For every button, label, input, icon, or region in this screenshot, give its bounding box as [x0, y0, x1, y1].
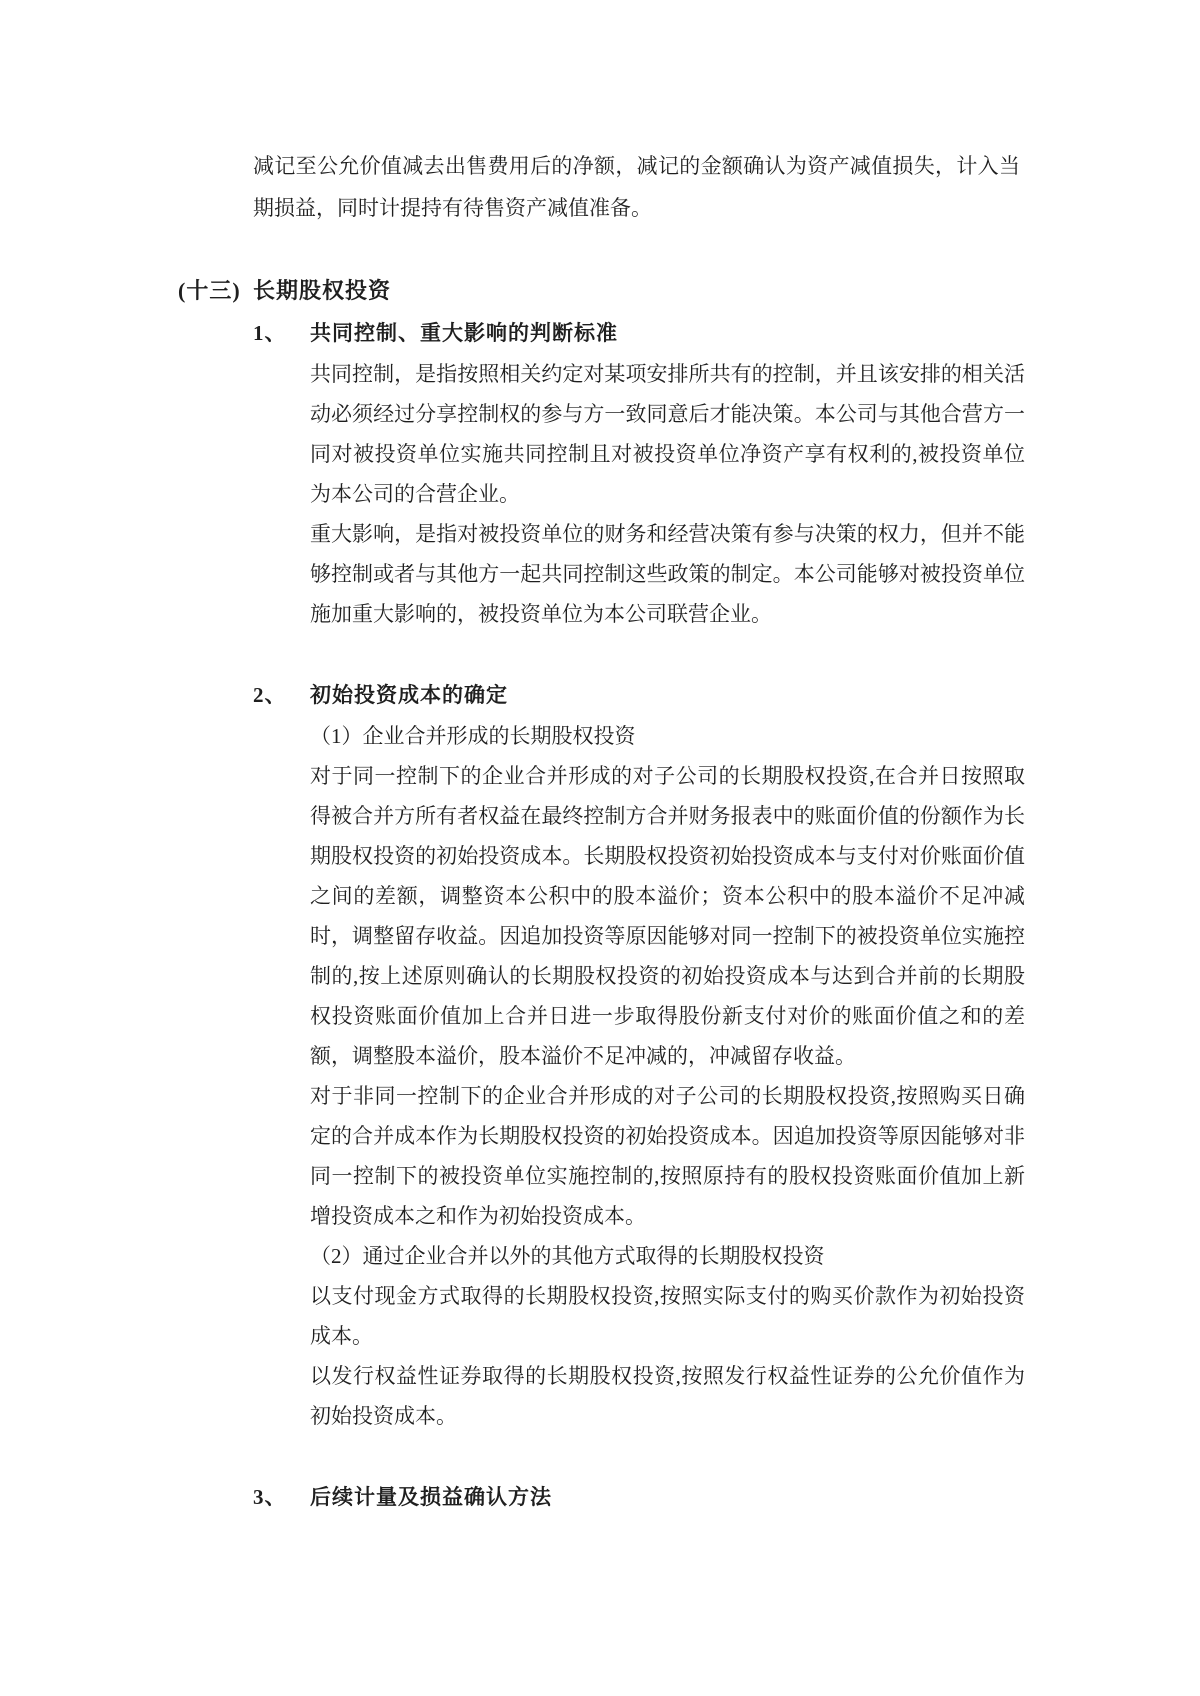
list-item-label: （1）企业合并形成的长期股权投资	[310, 716, 1025, 756]
paragraph: 重大影响，是指对被投资单位的财务和经营决策有参与决策的权力，但并不能够控制或者与…	[310, 514, 1025, 634]
intro-paragraph: 减记至公允价值减去出售费用后的净额，减记的金额确认为资产减值损失，计入当期损益，…	[253, 145, 1020, 229]
subsection-3-heading: 3、 后续计量及损益确认方法	[253, 1476, 1200, 1518]
subsection-2-body: （1）企业合并形成的长期股权投资 对于同一控制下的企业合并形成的对子公司的长期股…	[310, 716, 1025, 1436]
section-heading: (十三) 长期股权投资	[178, 270, 1200, 312]
subsection-2-title: 初始投资成本的确定	[310, 674, 508, 716]
subsection-3-number: 3、	[253, 1476, 310, 1518]
subsection-3-title: 后续计量及损益确认方法	[310, 1476, 552, 1518]
list-item-label: （2）通过企业合并以外的其他方式取得的长期股权投资	[310, 1236, 1025, 1276]
paragraph: 对于非同一控制下的企业合并形成的对子公司的长期股权投资,按照购买日确定的合并成本…	[310, 1076, 1025, 1236]
paragraph: 对于同一控制下的企业合并形成的对子公司的长期股权投资,在合并日按照取得被合并方所…	[310, 756, 1025, 1076]
paragraph: 共同控制，是指按照相关约定对某项安排所共有的控制，并且该安排的相关活动必须经过分…	[310, 354, 1025, 514]
subsection-2: 2、 初始投资成本的确定 （1）企业合并形成的长期股权投资 对于同一控制下的企业…	[253, 674, 1200, 1436]
subsection-2-number: 2、	[253, 674, 310, 716]
section-number: (十三)	[178, 270, 253, 312]
paragraph: 以发行权益性证券取得的长期股权投资,按照发行权益性证券的公允价值作为初始投资成本…	[310, 1356, 1025, 1436]
subsection-3: 3、 后续计量及损益确认方法	[253, 1476, 1200, 1518]
subsection-1-title: 共同控制、重大影响的判断标准	[310, 312, 618, 354]
section-title: 长期股权投资	[253, 270, 391, 312]
subsection-2-heading: 2、 初始投资成本的确定	[253, 674, 1200, 716]
subsection-1-heading: 1、 共同控制、重大影响的判断标准	[253, 312, 1200, 354]
subsection-1: 1、 共同控制、重大影响的判断标准 共同控制，是指按照相关约定对某项安排所共有的…	[253, 312, 1200, 634]
document-page: 减记至公允价值减去出售费用后的净额，减记的金额确认为资产减值损失，计入当期损益，…	[0, 0, 1200, 1696]
subsection-1-number: 1、	[253, 312, 310, 354]
paragraph: 以支付现金方式取得的长期股权投资,按照实际支付的购买价款作为初始投资成本。	[310, 1276, 1025, 1356]
page-content: 减记至公允价值减去出售费用后的净额，减记的金额确认为资产减值损失，计入当期损益，…	[0, 0, 1200, 1518]
subsection-1-body: 共同控制，是指按照相关约定对某项安排所共有的控制，并且该安排的相关活动必须经过分…	[310, 354, 1025, 634]
